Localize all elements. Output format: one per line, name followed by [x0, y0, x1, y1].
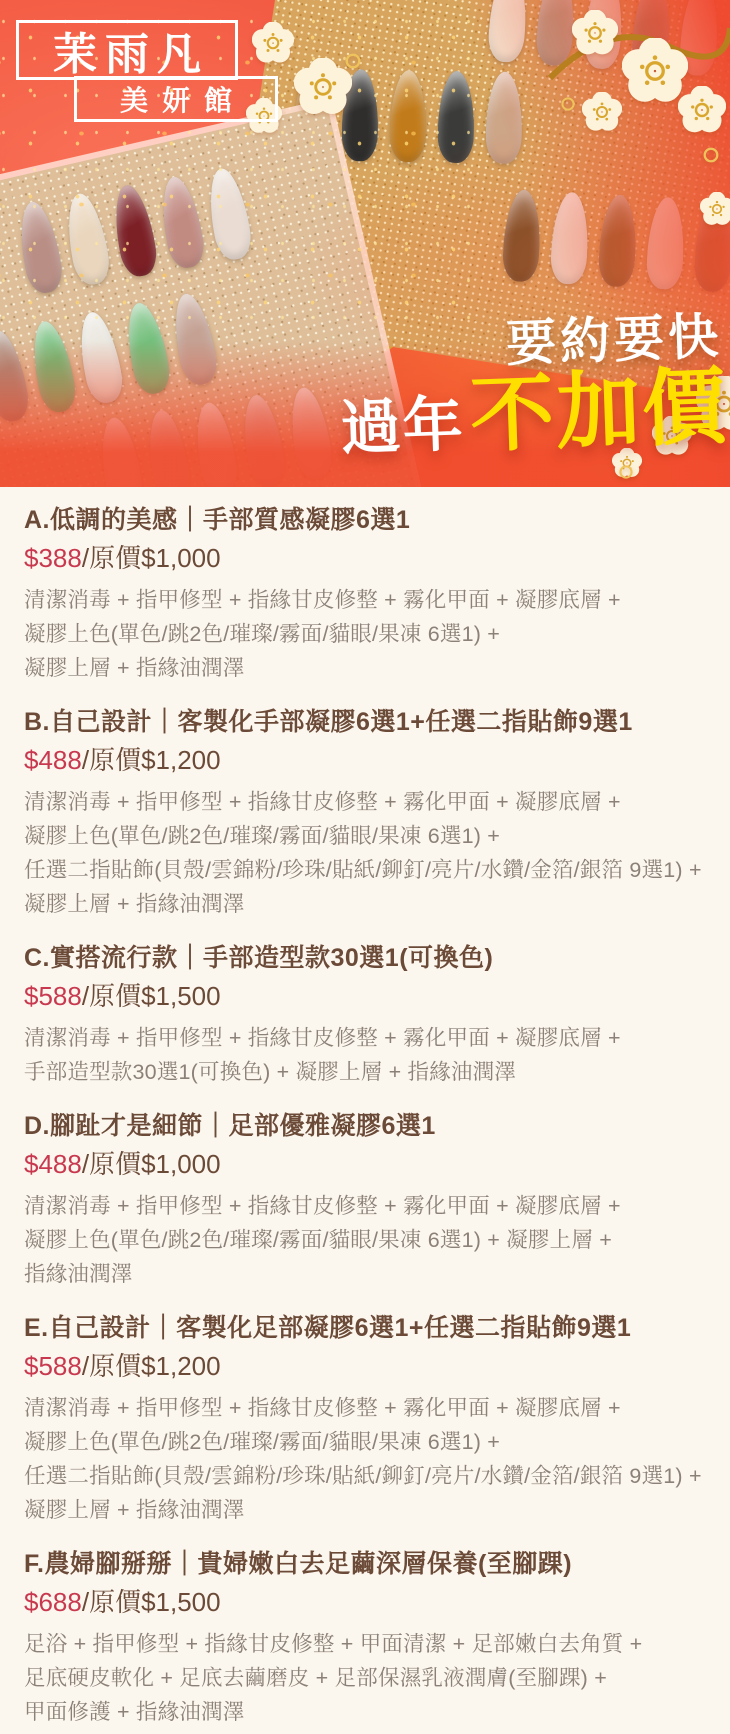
- service-description: 清潔消毒 + 指甲修型 + 指緣甘皮修整 + 霧化甲面 + 凝膠底層 + 凝膠上…: [24, 1189, 712, 1291]
- nail-swatch: [645, 196, 686, 290]
- nail-swatch: [502, 189, 543, 283]
- nail-swatch: [96, 415, 146, 487]
- plum-blossom-icon: [700, 192, 730, 226]
- gold-ring-icon: [344, 52, 362, 70]
- service-description: 清潔消毒 + 指甲修型 + 指緣甘皮修整 + 霧化甲面 + 凝膠底層 + 凝膠上…: [24, 583, 712, 685]
- nail-swatch: [203, 166, 254, 263]
- gold-ring-icon: [618, 464, 634, 480]
- service-description: 清潔消毒 + 指甲修型 + 指緣甘皮修整 + 霧化甲面 + 凝膠底層 + 凝膠上…: [24, 785, 712, 921]
- service-item-a: A.低調的美感｜手部質感凝膠6選1 $388/原價$1,000 清潔消毒 + 指…: [24, 503, 712, 685]
- service-price-line: $588/原價$1,500: [24, 979, 712, 1013]
- nail-swatch: [550, 191, 591, 285]
- service-description: 清潔消毒 + 指甲修型 + 指緣甘皮修整 + 霧化甲面 + 凝膠底層 + 凝膠上…: [24, 1391, 712, 1527]
- nail-swatch: [143, 407, 193, 487]
- service-original-price: /原價$1,200: [82, 1351, 221, 1381]
- nail-swatch: [109, 182, 160, 279]
- service-item-d: D.腳趾才是細節｜足部優雅凝膠6選1 $488/原價$1,000 清潔消毒 + …: [24, 1109, 712, 1291]
- service-item-e: E.自己設計｜客製化足部凝膠6選1+任選二指貼飾9選1 $588/原價$1,20…: [24, 1311, 712, 1527]
- service-price-line: $688/原價$1,500: [24, 1585, 712, 1619]
- nail-swatch: [61, 191, 112, 288]
- promo-subheadline-yellow: 不加價: [468, 339, 730, 469]
- promo-page: 茉雨凡 美妍館 要約要快 過年 不加價 A.低調的美感｜手部質感凝膠6選1 $3…: [0, 0, 730, 1734]
- nail-swatch: [74, 309, 127, 406]
- nail-swatch: [285, 385, 335, 481]
- service-description: 清潔消毒 + 指甲修型 + 指緣甘皮修整 + 霧化甲面 + 凝膠底層 + 手部造…: [24, 1021, 712, 1089]
- service-price: $588: [24, 1351, 82, 1381]
- nail-swatch: [485, 71, 523, 164]
- nail-swatch: [598, 194, 639, 288]
- service-original-price: /原價$1,500: [82, 1587, 221, 1617]
- service-title: C.實搭流行款｜手部造型款30選1(可換色): [24, 941, 712, 975]
- plum-blossom-icon: [252, 22, 294, 64]
- plum-blossom-icon: [572, 10, 618, 56]
- nail-swatch-row: [502, 189, 730, 299]
- nail-swatch: [190, 400, 240, 487]
- nail-swatch: [487, 0, 529, 63]
- service-price: $688: [24, 1587, 82, 1617]
- nail-swatch: [14, 199, 65, 296]
- service-price-line: $488/原價$1,200: [24, 743, 712, 777]
- service-original-price: /原價$1,500: [82, 981, 221, 1011]
- nail-swatch: [168, 291, 221, 388]
- service-original-price: /原價$1,000: [82, 1149, 221, 1179]
- service-price-line: $388/原價$1,000: [24, 541, 712, 575]
- service-title: A.低調的美感｜手部質感凝膠6選1: [24, 503, 712, 537]
- service-description: 足浴 + 指甲修型 + 指緣甘皮修整 + 甲面清潔 + 足部嫩白去角質 + 足底…: [24, 1627, 712, 1729]
- nail-swatch: [389, 70, 427, 163]
- promo-subheadline: 過年 不加價: [338, 339, 730, 473]
- nail-swatch: [121, 300, 174, 397]
- service-item-b: B.自己設計｜客製化手部凝膠6選1+任選二指貼飾9選1 $488/原價$1,20…: [24, 705, 712, 921]
- service-item-c: C.實搭流行款｜手部造型款30選1(可換色) $588/原價$1,500 清潔消…: [24, 941, 712, 1089]
- service-price-line: $488/原價$1,000: [24, 1147, 712, 1181]
- service-original-price: /原價$1,000: [82, 543, 221, 573]
- nail-swatch: [26, 318, 79, 415]
- service-item-f: F.農婦腳掰掰｜貴婦嫩白去足繭深層保養(至腳踝) $688/原價$1,500 足…: [24, 1547, 712, 1729]
- plum-blossom-icon: [678, 86, 726, 134]
- nail-swatch: [156, 174, 207, 271]
- service-list: A.低調的美感｜手部質感凝膠6選1 $388/原價$1,000 清潔消毒 + 指…: [0, 487, 730, 1729]
- service-price: $388: [24, 543, 82, 573]
- nail-swatch: [437, 71, 475, 164]
- brand-logo-name: 茉雨凡: [16, 20, 238, 80]
- gold-ring-icon: [702, 146, 720, 164]
- hero-banner: 茉雨凡 美妍館 要約要快 過年 不加價: [0, 0, 730, 487]
- service-original-price: /原價$1,200: [82, 745, 221, 775]
- gold-ring-icon: [560, 96, 576, 112]
- service-title: F.農婦腳掰掰｜貴婦嫩白去足繭深層保養(至腳踝): [24, 1547, 712, 1581]
- nail-swatch: [0, 327, 32, 424]
- service-price-line: $588/原價$1,200: [24, 1349, 712, 1383]
- service-price: $588: [24, 981, 82, 1011]
- brand-logo-subtitle: 美妍館: [74, 76, 278, 122]
- service-price: $488: [24, 1149, 82, 1179]
- service-price: $488: [24, 745, 82, 775]
- service-title: E.自己設計｜客製化足部凝膠6選1+任選二指貼飾9選1: [24, 1311, 712, 1345]
- plum-blossom-icon: [582, 92, 622, 132]
- service-title: B.自己設計｜客製化手部凝膠6選1+任選二指貼飾9選1: [24, 705, 712, 739]
- promo-subheadline-white: 過年: [339, 376, 466, 466]
- service-title: D.腳趾才是細節｜足部優雅凝膠6選1: [24, 1109, 712, 1143]
- nail-swatch: [238, 392, 288, 487]
